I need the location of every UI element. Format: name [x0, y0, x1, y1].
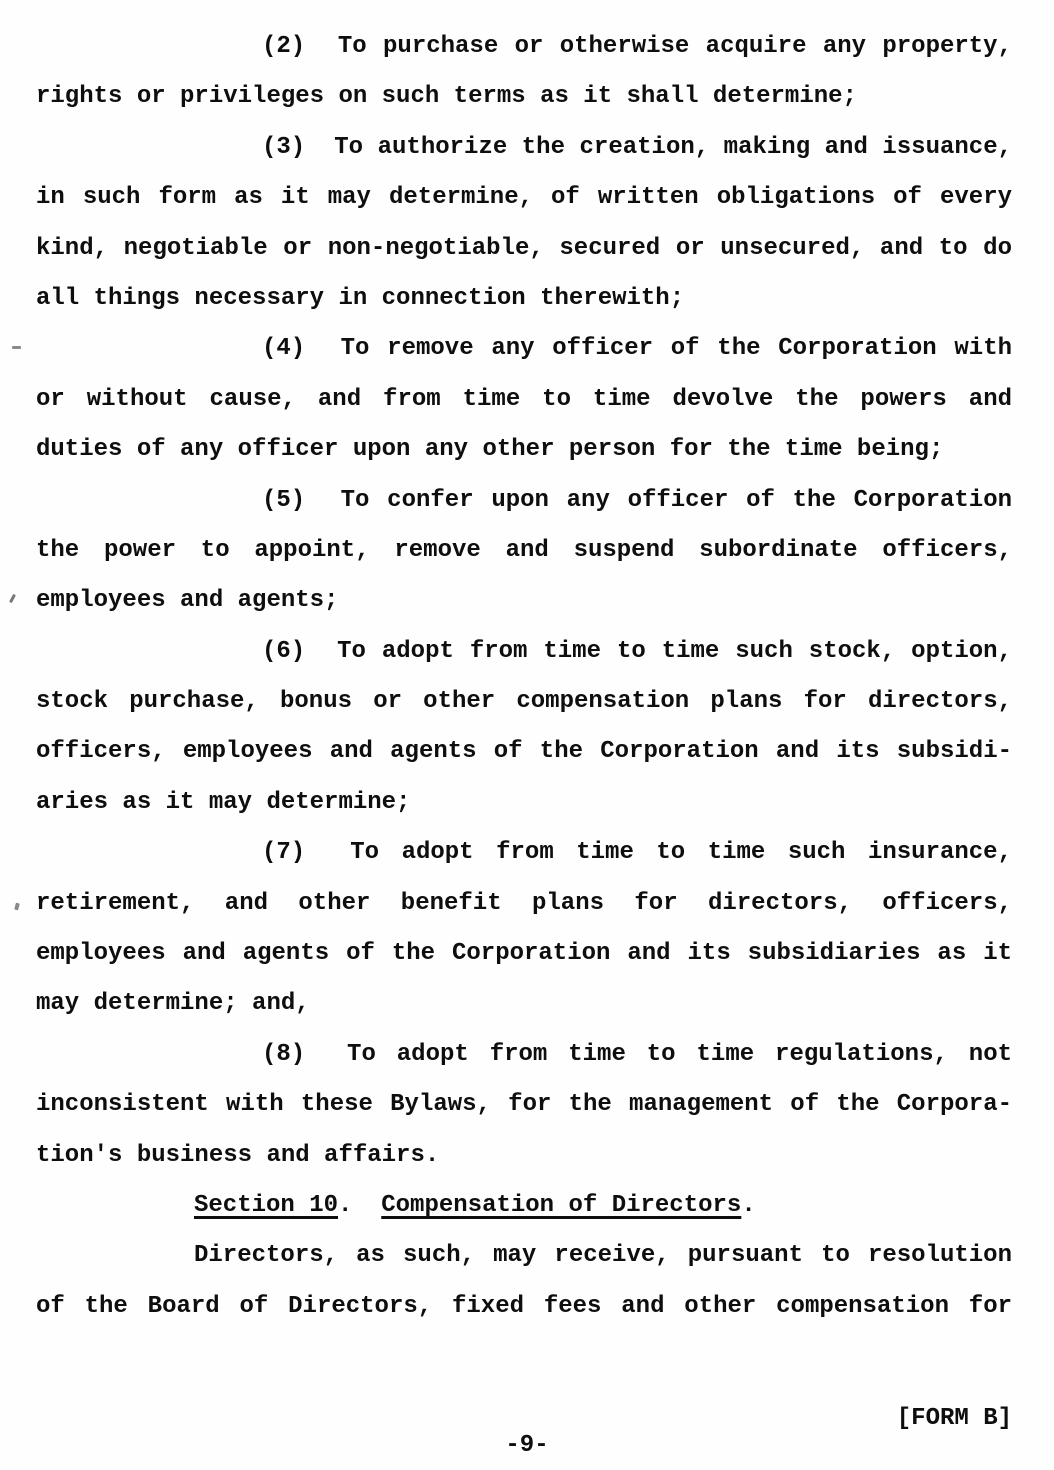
text-line: inconsistent with these Bylaws, for the …: [36, 1080, 1012, 1130]
text-line: of the Board of Directors, fixed fees an…: [36, 1282, 1012, 1332]
heading-gap: [352, 1192, 381, 1219]
text-line: duties of any officer upon any other per…: [36, 425, 1012, 475]
scan-speck: [14, 903, 20, 911]
section-title-dot: .: [741, 1192, 755, 1219]
section-heading: Section 10. Compensation of Directors.: [36, 1181, 1012, 1231]
document-page: (2) To purchase or otherwise acquire any…: [0, 0, 1054, 1470]
text-line: retirement, and other benefit plans for …: [36, 879, 1012, 929]
text-line-item-7: (7) To adopt from time to time such insu…: [36, 828, 1012, 878]
text-line: employees and agents of the Corporation …: [36, 929, 1012, 979]
text-line: stock purchase, bonus or other compensat…: [36, 677, 1012, 727]
text-line: officers, employees and agents of the Co…: [36, 727, 1012, 777]
text-line: the power to appoint, remove and suspend…: [36, 526, 1012, 576]
text-line: kind, negotiable or non-negotiable, secu…: [36, 224, 1012, 274]
page-number: -9-: [0, 1431, 1054, 1461]
section-title: Compensation of Directors: [381, 1192, 741, 1219]
text-line: tion's business and affairs.: [36, 1131, 1012, 1181]
text-line: Directors, as such, may receive, pursuan…: [36, 1231, 1012, 1281]
form-label: [FORM B]: [897, 1404, 1012, 1434]
text-line: may determine; and,: [36, 979, 1012, 1029]
section-number: Section 10: [194, 1192, 338, 1219]
text-line-item-6: (6) To adopt from time to time such stoc…: [36, 627, 1012, 677]
text-line: aries as it may determine;: [36, 778, 1012, 828]
section-dot: .: [338, 1192, 352, 1219]
text-line-item-5: (5) To confer upon any officer of the Co…: [36, 476, 1012, 526]
text-line: rights or privileges on such terms as it…: [36, 72, 1012, 122]
document-body: (2) To purchase or otherwise acquire any…: [36, 22, 1012, 1332]
scan-speck: [9, 594, 16, 603]
text-line-item-4: (4) To remove any officer of the Corpora…: [36, 324, 1012, 374]
text-line: or without cause, and from time to time …: [36, 375, 1012, 425]
text-line-item-8: (8) To adopt from time to time regulatio…: [36, 1030, 1012, 1080]
text-line: in such form as it may determine, of wri…: [36, 173, 1012, 223]
text-line-item-2: (2) To purchase or otherwise acquire any…: [36, 22, 1012, 72]
scan-speck: [12, 346, 21, 349]
text-line-item-3: (3) To authorize the creation, making an…: [36, 123, 1012, 173]
text-line: all things necessary in connection there…: [36, 274, 1012, 324]
text-line: employees and agents;: [36, 576, 1012, 626]
